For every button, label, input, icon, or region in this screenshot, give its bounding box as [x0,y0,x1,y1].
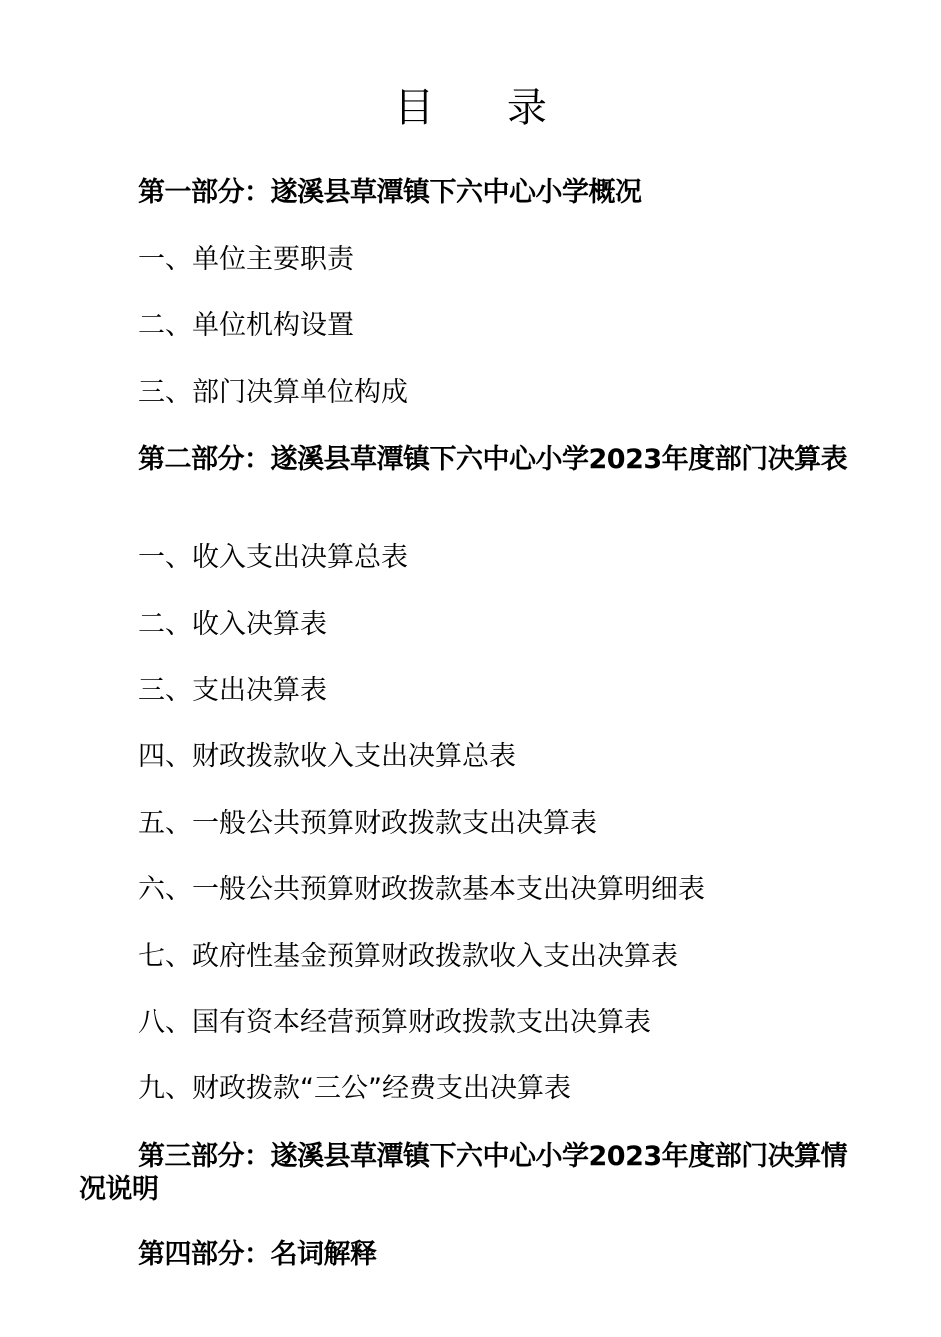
toc-item-2-2: 二、收入决算表 [79,608,869,641]
toc-item-1-3: 三、部门决算单位构成 [79,376,869,409]
toc-item-2-8: 八、国有资本经营预算财政拨款支出决算表 [79,1006,869,1039]
toc-item-2-3: 三、支出决算表 [79,674,869,707]
toc-item-1-2: 二、单位机构设置 [79,309,869,342]
toc-item-2-4: 四、财政拨款收入支出决算总表 [79,740,869,773]
toc-item-1-1: 一、单位主要职责 [79,243,869,276]
toc-page: 目 录 第一部分：遂溪县草潭镇下六中心小学概况 一、单位主要职责 二、单位机构设… [0,0,941,1337]
toc-item-2-1: 一、收入支出决算总表 [79,541,869,574]
toc-part-3: 第三部分：遂溪县草潭镇下六中心小学2023年度部门决算情况说明 [79,1140,869,1206]
toc-part-1: 第一部分：遂溪县草潭镇下六中心小学概况 [79,176,869,209]
toc-part-4: 第四部分：名词解释 [79,1238,869,1271]
toc-item-2-7: 七、政府性基金预算财政拨款收入支出决算表 [79,940,869,973]
toc-item-2-6: 六、一般公共预算财政拨款基本支出决算明细表 [79,873,869,906]
toc-part-2: 第二部分：遂溪县草潭镇下六中心小学2023年度部门决算表 [79,443,869,476]
toc-item-2-5: 五、一般公共预算财政拨款支出决算表 [79,807,869,840]
page-title: 目 录 [0,82,941,134]
toc-item-2-9: 九、财政拨款“三公”经费支出决算表 [79,1072,869,1105]
